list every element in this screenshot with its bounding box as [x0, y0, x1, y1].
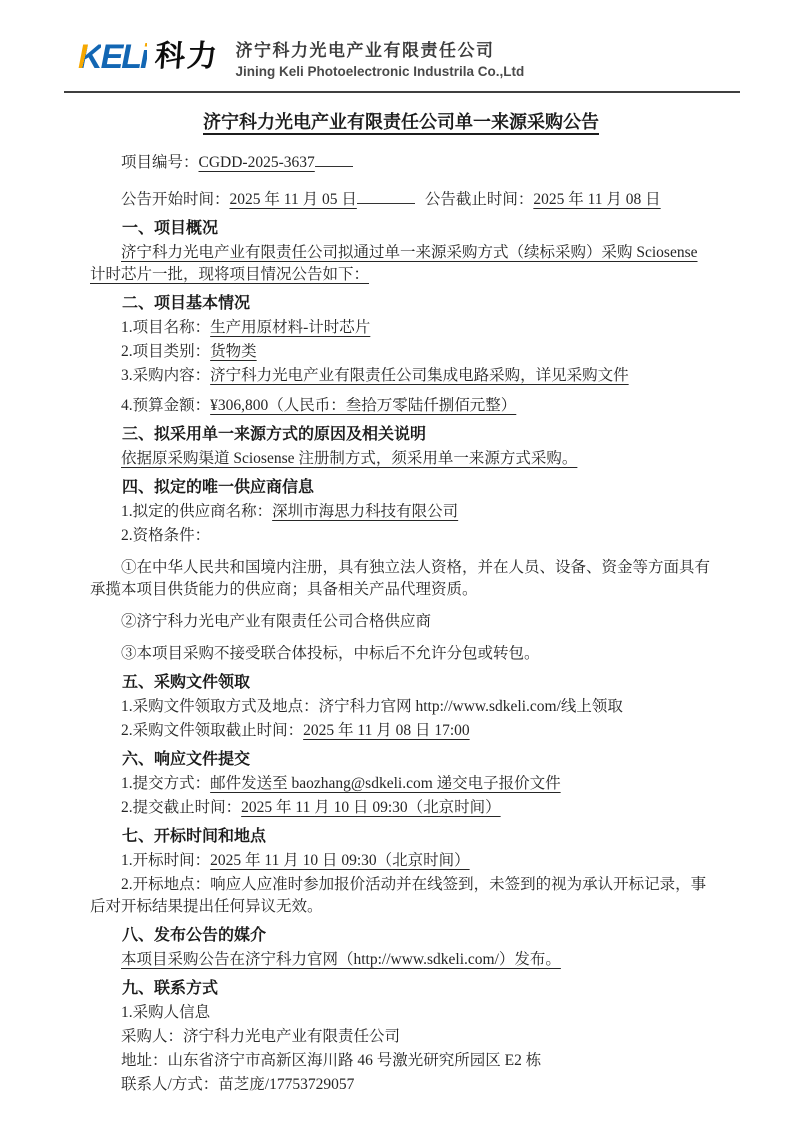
document-page: KELi 科力 济宁科力光电产业有限责任公司 Jining Keli Photo…: [0, 0, 800, 1130]
submission-method-value: 邮件发送至 baozhang@sdkeli.com 递交电子报价文件: [210, 775, 561, 792]
logo-letter-i: i: [140, 38, 147, 76]
page-title: 济宁科力光电产业有限责任公司单一来源采购公告: [90, 111, 712, 133]
logo-cn-calligraphy: 科力: [154, 42, 220, 72]
purchaser-info-label: 1.采购人信息: [90, 1002, 712, 1024]
qualification-condition-2: ②济宁科力光电产业有限责任公司合格供应商: [90, 611, 712, 633]
keli-logo-wordmark: KELi: [78, 40, 147, 74]
end-time-label: 公告截止时间：: [425, 191, 534, 208]
pickup-deadline-line: 2.采购文件领取截止时间：2025 年 11 月 08 日 17:00: [90, 720, 712, 742]
blank-underline: [315, 153, 353, 167]
blank-underline: [357, 190, 415, 204]
header-divider: [64, 91, 740, 93]
submission-method-label: 1.提交方式：: [121, 775, 210, 792]
project-category-line: 2.项目类别：货物类: [90, 341, 712, 363]
budget-line: 4.预算金额：¥306,800（人民币：叁拾万零陆仟捌佰元整）: [90, 395, 712, 417]
project-number-line: 项目编号：CGDD-2025-3637: [90, 152, 712, 174]
purchaser-address-line: 地址：山东省济宁市高新区海川路 46 号激光研究所园区 E2 栋: [90, 1050, 712, 1072]
qualification-label-line: 2.资格条件：: [90, 525, 712, 547]
bid-opening-time-label: 1.开标时间：: [121, 852, 210, 869]
section-9-heading: 九、联系方式: [90, 978, 712, 1000]
section-4-heading: 四、拟定的唯一供应商信息: [90, 477, 712, 499]
submission-deadline-label: 2.提交截止时间：: [121, 799, 241, 816]
start-time-label: 公告开始时间：: [121, 191, 230, 208]
procurement-content-value: 济宁科力光电产业有限责任公司集成电路采购，详见采购文件: [210, 367, 629, 384]
budget-label: 4.预算金额：: [121, 397, 210, 414]
section-6-heading: 六、响应文件提交: [90, 749, 712, 771]
project-category-label: 2.项目类别：: [121, 343, 210, 360]
logo-letter-k: K: [78, 38, 101, 76]
project-name-label: 1.项目名称：: [121, 319, 210, 336]
start-time-value: 2025 年 11 月 05 日: [230, 191, 357, 208]
document-pickup-line: 1.采购文件领取方式及地点：济宁科力官网 http://www.sdkeli.c…: [90, 696, 712, 718]
procurement-content-label: 3.采购内容：: [121, 367, 210, 384]
section-8-body: 本项目采购公告在济宁科力官网（http://www.sdkeli.com/）发布…: [90, 949, 712, 971]
section-3-body: 依据原采购渠道 Sciosense 注册制方式，须采用单一来源方式采购。: [90, 448, 712, 470]
section-7-heading: 七、开标时间和地点: [90, 826, 712, 848]
pickup-deadline-label: 2.采购文件领取截止时间：: [121, 722, 303, 739]
bid-opening-place-line: 2.开标地点：响应人应准时参加报价活动并在线签到，未签到的视为承认开标记录，事后…: [90, 874, 712, 918]
submission-deadline-value: 2025 年 11 月 10 日 09:30（北京时间）: [241, 799, 500, 816]
end-time-value: 2025 年 11 月 08 日: [533, 191, 660, 208]
submission-deadline-line: 2.提交截止时间：2025 年 11 月 10 日 09:30（北京时间）: [90, 797, 712, 819]
supplier-name-value: 深圳市海思力科技有限公司: [272, 503, 458, 520]
contact-person-line: 联系人/方式：苗芝庞/17753729057: [90, 1074, 712, 1096]
section-3-heading: 三、拟采用单一来源方式的原因及相关说明: [90, 424, 712, 446]
section-2-heading: 二、项目基本情况: [90, 293, 712, 315]
supplier-name-line: 1.拟定的供应商名称：深圳市海思力科技有限公司: [90, 501, 712, 523]
qualification-condition-3: ③本项目采购不接受联合体投标，中标后不允许分包或转包。: [90, 643, 712, 665]
bid-opening-time-value: 2025 年 11 月 10 日 09:30（北京时间）: [210, 852, 469, 869]
procurement-content-line: 3.采购内容：济宁科力光电产业有限责任公司集成电路采购，详见采购文件: [90, 365, 712, 387]
pickup-deadline-value: 2025 年 11 月 08 日 17:00: [303, 722, 469, 739]
bid-opening-time-line: 1.开标时间：2025 年 11 月 10 日 09:30（北京时间）: [90, 850, 712, 872]
project-name-value: 生产用原材料-计时芯片: [210, 319, 370, 336]
section-1-body: 济宁科力光电产业有限责任公司拟通过单一来源采购方式（续标采购）采购 Sciose…: [90, 242, 712, 286]
project-number-label: 项目编号：: [121, 154, 199, 171]
company-name-en: Jining Keli Photoelectronic Industrila C…: [235, 64, 524, 79]
company-name-block: 济宁科力光电产业有限责任公司 Jining Keli Photoelectron…: [235, 34, 524, 79]
project-name-line: 1.项目名称：生产用原材料-计时芯片: [90, 317, 712, 339]
qualification-condition-1: ①在中华人民共和国境内注册，具有独立法人资格，并在人员、设备、资金等方面具有承揽…: [90, 557, 712, 601]
budget-value: ¥306,800（人民币：叁拾万零陆仟捌佰元整）: [210, 397, 516, 414]
logo-letters-el: EL: [101, 38, 140, 76]
section-5-heading: 五、采购文件领取: [90, 672, 712, 694]
project-number-value: CGDD-2025-3637: [199, 154, 315, 171]
letterhead: KELi 科力 济宁科力光电产业有限责任公司 Jining Keli Photo…: [0, 0, 800, 79]
section-8-heading: 八、发布公告的媒介: [90, 925, 712, 947]
supplier-name-label: 1.拟定的供应商名称：: [121, 503, 272, 520]
keli-logo: KELi 科力: [78, 40, 219, 74]
section-1-heading: 一、项目概况: [90, 218, 712, 240]
project-category-value: 货物类: [210, 343, 257, 360]
announcement-time-line: 公告开始时间：2025 年 11 月 05 日公告截止时间：2025 年 11 …: [90, 189, 712, 211]
submission-method-line: 1.提交方式：邮件发送至 baozhang@sdkeli.com 递交电子报价文…: [90, 773, 712, 795]
company-name-cn: 济宁科力光电产业有限责任公司: [235, 36, 524, 61]
purchaser-name-line: 采购人：济宁科力光电产业有限责任公司: [90, 1026, 712, 1048]
announcement-body: 济宁科力光电产业有限责任公司单一来源采购公告 项目编号：CGDD-2025-36…: [0, 111, 800, 1096]
